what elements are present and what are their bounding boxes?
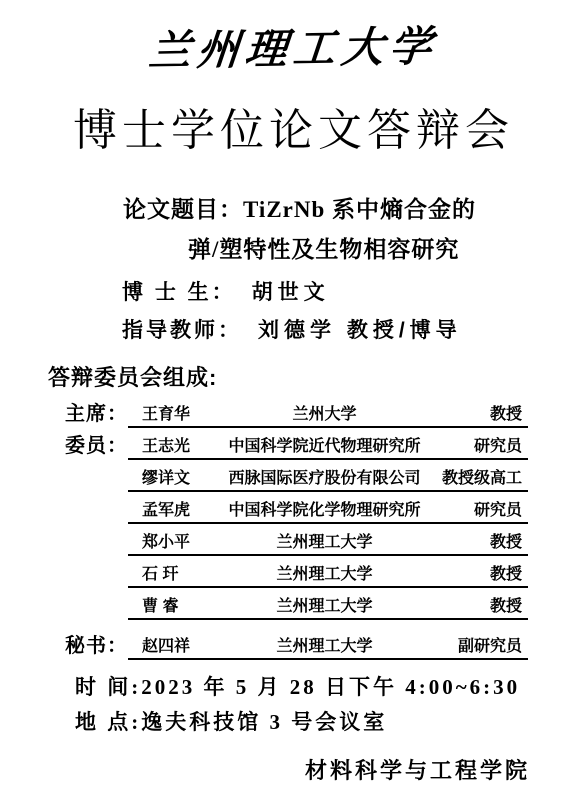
committee-row-underline: 赵四祥 兰州理工大学 副研究员 — [128, 633, 528, 660]
location-line: 地 点:逸夫科技馆 3 号会议室 — [75, 706, 387, 736]
committee-row-underline: 石 玕 兰州理工大学 教授 — [128, 561, 528, 588]
committee-row-underline: 郑小平 兰州理工大学 教授 — [128, 529, 528, 556]
member-title: 研究员 — [427, 497, 522, 520]
committee-row-underline: 王育华 兰州大学 教授 — [128, 401, 528, 428]
committee-row-underline: 王志光 中国科学院近代物理研究所 研究员 — [128, 433, 528, 460]
committee-row: 秘书： 赵四祥 兰州理工大学 副研究员 — [65, 628, 528, 660]
member-affiliation: 中国科学院近代物理研究所 — [222, 433, 427, 456]
department-signature: 材料科学与工程学院 — [305, 754, 530, 785]
committee-row-underline: 曹 睿 兰州理工大学 教授 — [128, 593, 528, 620]
member-title: 副研究员 — [427, 633, 522, 656]
committee-row: 石 玕 兰州理工大学 教授 — [65, 556, 528, 588]
member-name: 石 玕 — [142, 561, 222, 584]
page-title: 博士学位论文答辩会 — [0, 94, 587, 158]
location-value: 逸夫科技馆 3 号会议室 — [141, 710, 387, 734]
doctoral-student-line: 博 士 生：胡世文 — [122, 276, 330, 306]
thesis-title-line1: 论文题目：TiZrNb 系中熵合金的 — [123, 191, 476, 224]
committee-row-underline: 缪详文 西脉国际医疗股份有限公司 教授级高工 — [128, 465, 528, 492]
committee-role-label — [65, 554, 128, 556]
committee-role-label — [65, 586, 128, 588]
member-title: 教授 — [427, 401, 522, 424]
doctoral-student-label: 博 士 生： — [122, 281, 236, 304]
member-affiliation: 兰州大学 — [222, 401, 427, 424]
member-title: 教授 — [427, 593, 522, 616]
member-name: 王志光 — [142, 433, 222, 456]
committee-row: 主席： 王育华 兰州大学 教授 — [65, 396, 528, 428]
member-affiliation: 中国科学院化学物理研究所 — [222, 497, 427, 520]
committee-row: 缪详文 西脉国际医疗股份有限公司 教授级高工 — [65, 460, 528, 492]
member-name: 王育华 — [142, 401, 222, 424]
member-affiliation: 西脉国际医疗股份有限公司 — [222, 465, 427, 488]
university-logo-calligraphy: 兰州理工大学 — [0, 11, 587, 81]
committee-role-label: 委员： — [65, 429, 128, 460]
committee-row: 孟军虎 中国科学院化学物理研究所 研究员 — [65, 492, 528, 524]
member-name: 缪详文 — [142, 465, 222, 488]
time-label: 时 间: — [75, 675, 141, 699]
committee-role-label: 秘书： — [65, 629, 128, 660]
committee-row: 郑小平 兰州理工大学 教授 — [65, 524, 528, 556]
member-title: 研究员 — [427, 433, 522, 456]
committee-role-label — [65, 522, 128, 524]
member-name: 曹 睿 — [142, 593, 222, 616]
committee-role-label — [65, 490, 128, 492]
member-affiliation: 兰州理工大学 — [222, 529, 427, 552]
member-title: 教授级高工 — [427, 465, 522, 488]
member-name: 郑小平 — [142, 529, 222, 552]
committee-row-underline: 孟军虎 中国科学院化学物理研究所 研究员 — [128, 497, 528, 524]
member-name: 孟军虎 — [142, 497, 222, 520]
advisor-name: 刘德学 教授/博导 — [258, 319, 462, 342]
member-title: 教授 — [427, 529, 522, 552]
location-label: 地 点: — [75, 710, 141, 734]
member-title: 教授 — [427, 561, 522, 584]
committee-table: 主席： 王育华 兰州大学 教授 委员： 王志光 中国科学院近代物理研究所 研究员… — [65, 396, 528, 660]
committee-role-label — [65, 618, 128, 620]
member-affiliation: 兰州理工大学 — [222, 633, 427, 656]
thesis-title-line2: 弹/塑特性及生物相容研究 — [188, 231, 459, 264]
member-affiliation: 兰州理工大学 — [222, 561, 427, 584]
doctoral-student-name: 胡世文 — [252, 281, 330, 304]
time-value: 2023 年 5 月 28 日下午 4:00~6:30 — [141, 675, 520, 699]
committee-heading: 答辩委员会组成: — [48, 361, 217, 392]
time-line: 时 间:2023 年 5 月 28 日下午 4:00~6:30 — [75, 671, 520, 701]
committee-role-label: 主席： — [65, 397, 128, 428]
member-name: 赵四祥 — [142, 633, 222, 656]
advisor-line: 指导教师：刘德学 教授/博导 — [122, 314, 462, 344]
committee-row: 曹 睿 兰州理工大学 教授 — [65, 588, 528, 620]
member-affiliation: 兰州理工大学 — [222, 593, 427, 616]
committee-row: 委员： 王志光 中国科学院近代物理研究所 研究员 — [65, 428, 528, 460]
advisor-label: 指导教师： — [122, 319, 242, 342]
